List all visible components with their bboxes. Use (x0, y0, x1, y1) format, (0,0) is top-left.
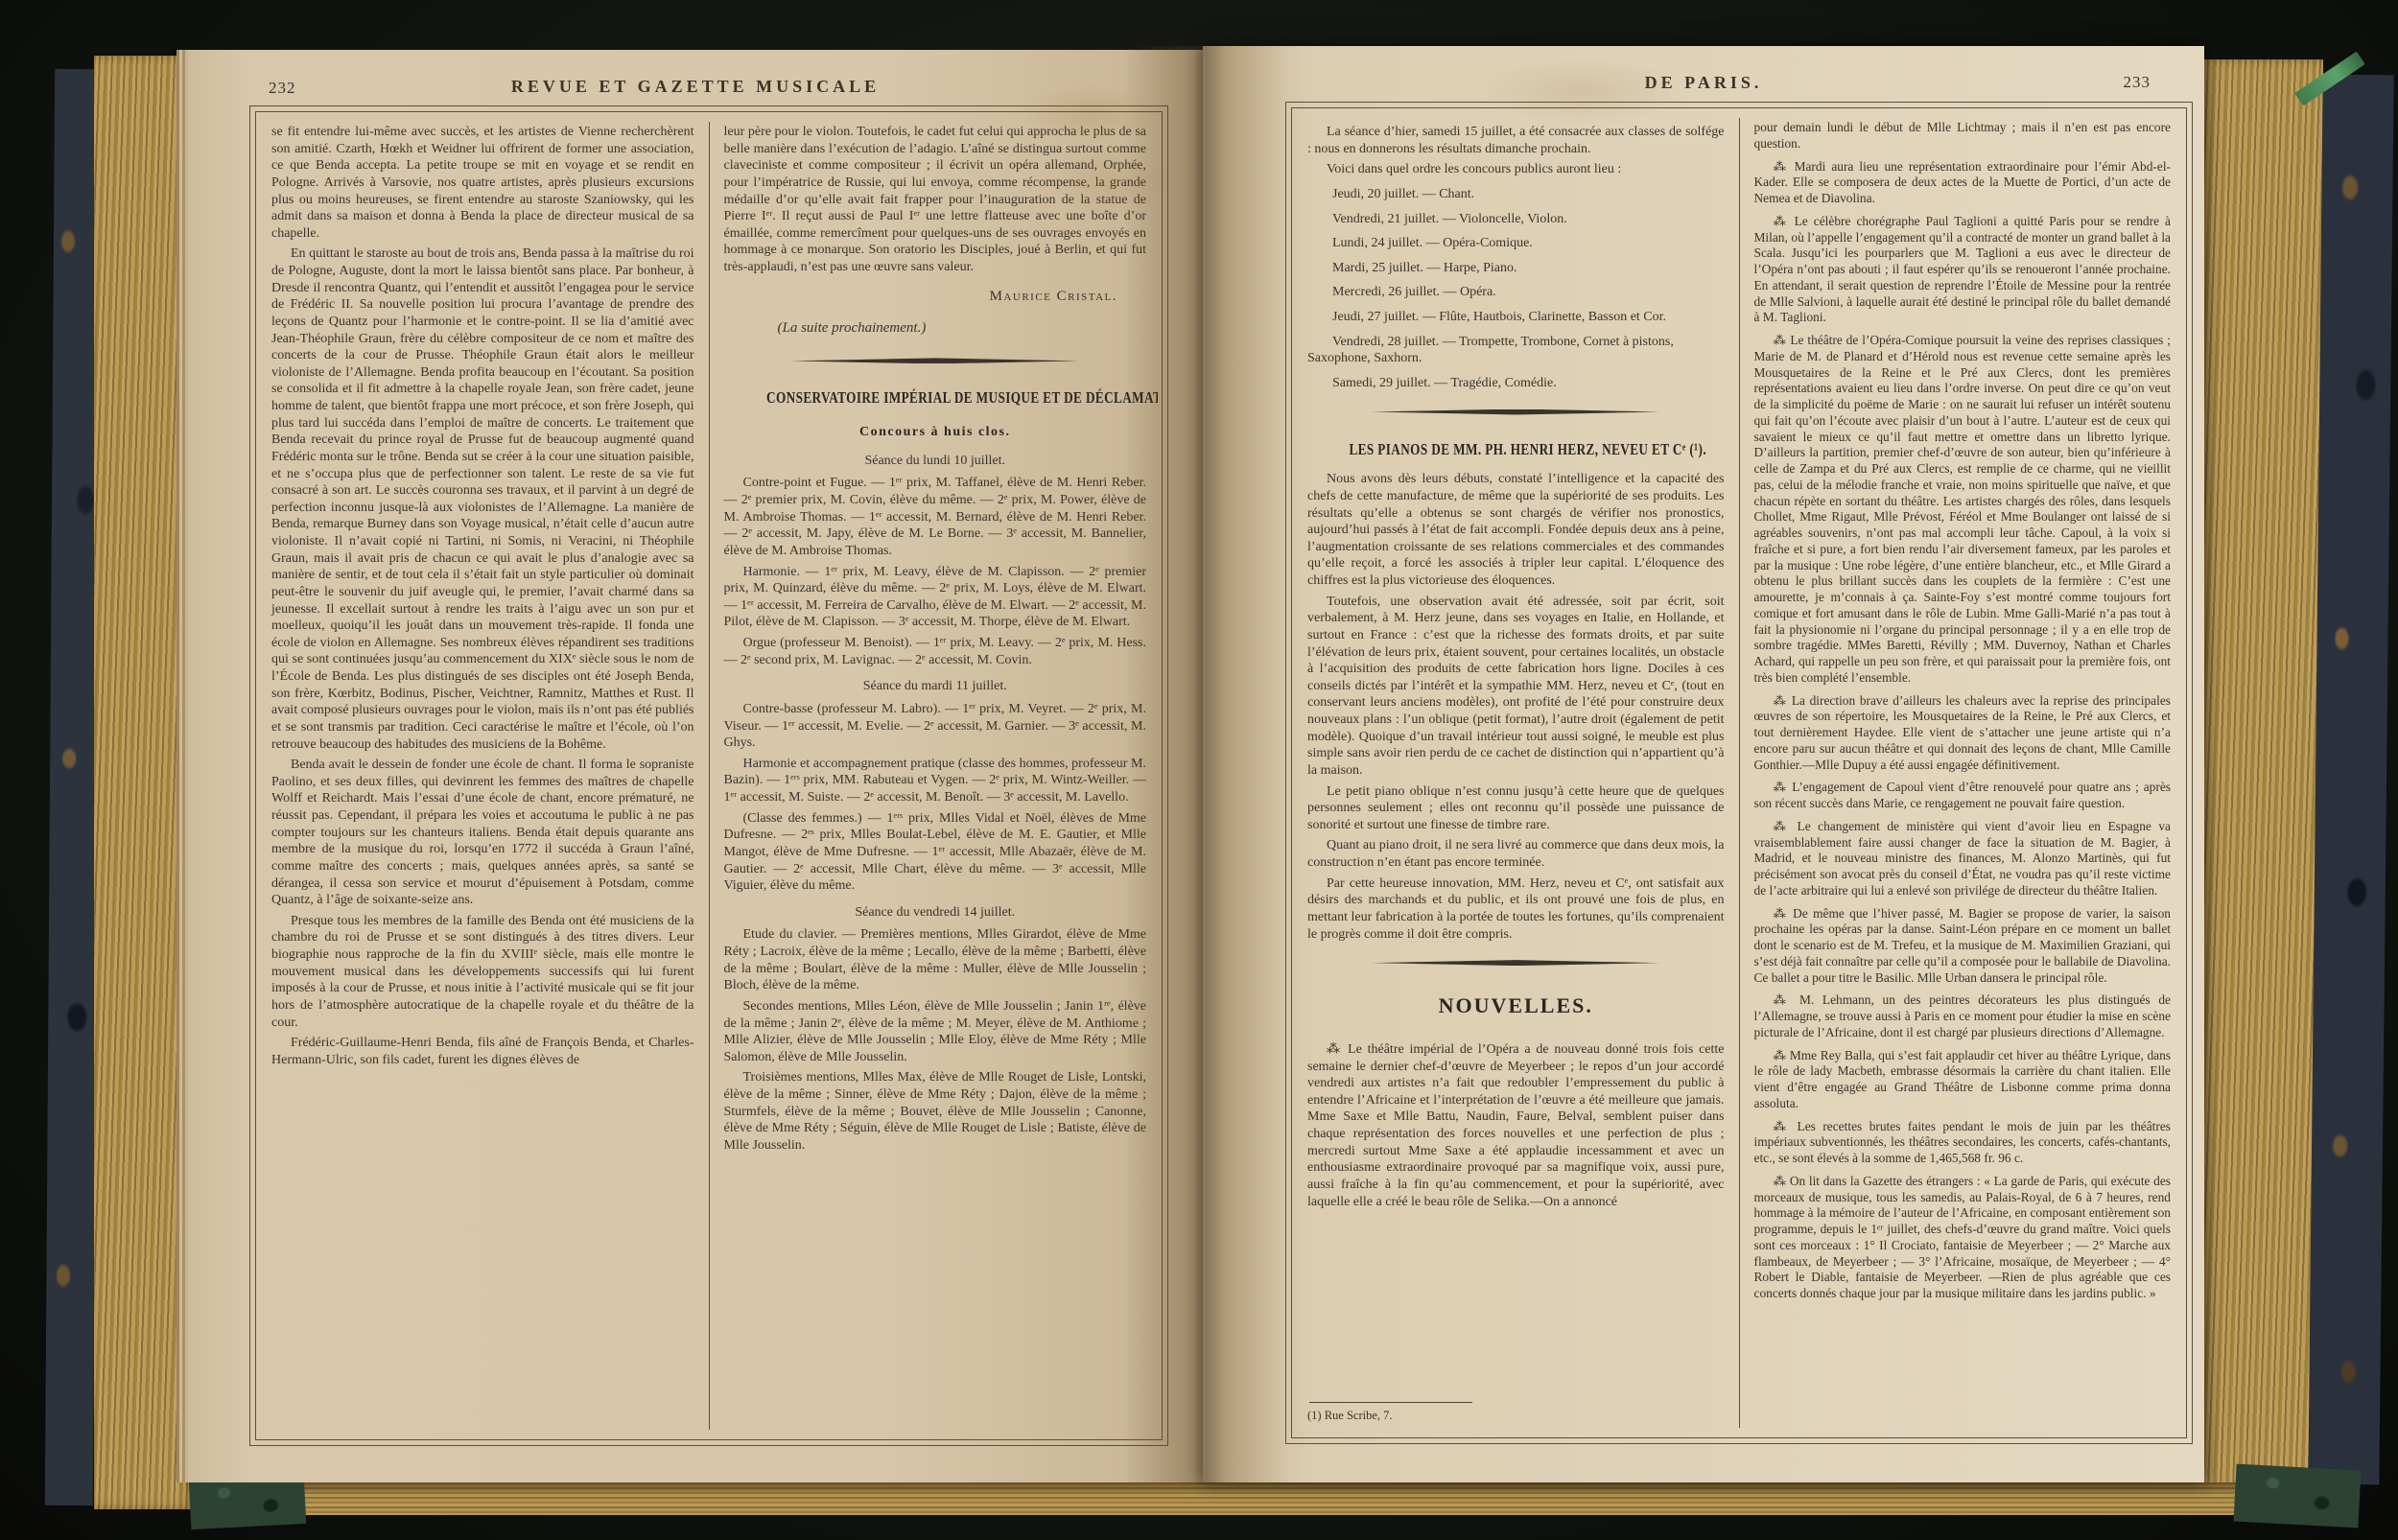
paragraph: Contre-basse (professeur M. Labro). — 1ᵉ… (724, 701, 1147, 752)
session-date: Séance du vendredi 14 juillet. (724, 904, 1147, 922)
cover-corner-bottom-right (2234, 1464, 2362, 1528)
paragraph: ⁂ Le changement de ministère qui vient d… (1754, 819, 2172, 899)
running-title: REVUE ET GAZETTE MUSICALE (188, 77, 1203, 97)
paragraph: Toutefois, une observation avait été adr… (1307, 594, 1725, 780)
right-column-2: pour demain lundi le début de Mlle Licht… (1743, 116, 2183, 1430)
column-rule (1739, 118, 1740, 1428)
paragraph: Lundi, 24 juillet. — Opéra-Comique. (1307, 235, 1725, 252)
paragraph: Jeudi, 27 juillet. — Flûte, Hautbois, Cl… (1307, 309, 1725, 326)
paragraph: Quant au piano droit, il ne sera livré a… (1307, 837, 1725, 871)
paragraph: Par cette heureuse innovation, MM. Herz,… (1307, 875, 1725, 944)
paragraph: leur père pour le violon. Toutefois, le … (724, 124, 1147, 276)
paragraph: Troisièmes mentions, Mlles Max, élève de… (724, 1069, 1147, 1154)
paragraph: Mardi, 25 juillet. — Harpe, Piano. (1307, 260, 1725, 277)
paragraph: Etude du clavier. — Premières mentions, … (724, 926, 1147, 994)
paragraph: Frédéric-Guillaume-Henri Benda, fils aîn… (271, 1035, 694, 1068)
paragraph: (La suite prochainement.) (778, 319, 1147, 338)
paragraph: En quittant le staroste au bout de trois… (271, 245, 694, 753)
section-divider (791, 358, 1079, 363)
paragraph: La séance d’hier, samedi 15 juillet, a é… (1307, 124, 1725, 157)
paragraph: Orgue (professeur M. Benoist). — 1ᵉʳ pri… (724, 635, 1147, 668)
left-column-2: leur père pour le violon. Toutefois, le … (713, 120, 1159, 1432)
paragraph: Samedi, 29 juillet. — Tragédie, Comédie. (1307, 375, 1725, 392)
session-date: Séance du mardi 11 juillet. (724, 678, 1147, 695)
page-number: 233 (2124, 73, 2151, 92)
paragraph: ⁂ Mardi aura lieu une représentation ext… (1754, 159, 2172, 207)
paragraph: Le petit piano oblique n’est connu jusqu… (1307, 783, 1725, 834)
paragraph: Presque tous les membres de la famille d… (271, 913, 694, 1031)
paragraph: ⁂ De même que l’hiver passé, M. Bagier s… (1754, 906, 2172, 987)
session-date: Séance du lundi 10 juillet. (724, 453, 1147, 470)
right-running-head: DE PARIS. 233 (1203, 73, 2204, 102)
right-text-frame: La séance d’hier, samedi 15 juillet, a é… (1285, 102, 2193, 1444)
running-title: DE PARIS. (1203, 73, 2204, 93)
author-signature: Maurice Cristal. (724, 288, 1147, 306)
page-stack-edge-left (94, 56, 194, 1509)
section-divider (1372, 960, 1659, 966)
paragraph: Jeudi, 20 juillet. — Chant. (1307, 186, 1725, 203)
book-cover-edge-right (2308, 75, 2393, 1485)
right-page: DE PARIS. 233 La séance d’hier, samedi 1… (1203, 46, 2204, 1482)
paragraph: Harmonie et accompagnement pratique (cla… (724, 756, 1147, 806)
paragraph: ⁂ L’engagement de Capoul vient d’être re… (1754, 780, 2172, 812)
section-heading: LES PIANOS DE MM. PH. HENRI HERZ, NEVEU … (1349, 440, 1682, 460)
footnote: (1) Rue Scribe, 7. (1307, 1396, 1725, 1424)
right-column-1: La séance d’hier, samedi 15 juillet, a é… (1296, 116, 1736, 1430)
paragraph: Vendredi, 28 juillet. — Trompette, Tromb… (1307, 334, 1725, 367)
page-stack-edge-bottom (197, 1482, 2321, 1515)
sub-heading: Concours à huis clos. (724, 424, 1147, 441)
column-rule (709, 122, 710, 1430)
left-running-head: 232 REVUE ET GAZETTE MUSICALE (188, 77, 1203, 105)
paragraph: se fit entendre lui-même avec succès, et… (271, 124, 694, 242)
paragraph: Benda avait le dessein de fonder une éco… (271, 757, 694, 909)
left-page: 232 REVUE ET GAZETTE MUSICALE se fit ent… (188, 50, 1203, 1482)
paragraph: ⁂ Les recettes brutes faites pendant le … (1754, 1119, 2172, 1167)
paragraph: ⁂ Le théâtre impérial de l’Opéra a de no… (1307, 1041, 1725, 1210)
page-stack-edge-right (2202, 59, 2323, 1504)
paragraph: ⁂ On lit dans la Gazette des étrangers :… (1754, 1174, 2172, 1302)
section-divider (1372, 409, 1659, 415)
left-text-frame: se fit entendre lui-même avec succès, et… (249, 105, 1168, 1446)
paragraph: Nous avons dès leurs débuts, constaté l’… (1307, 471, 1725, 589)
screenshot-root: { "colors":{ "background":"#161a13","pag… (0, 0, 2398, 1540)
right-frame-inner: La séance d’hier, samedi 15 juillet, a é… (1291, 107, 2187, 1438)
paragraph: ⁂ Mme Rey Balla, qui s’est fait applaudi… (1754, 1048, 2172, 1112)
paragraph: Harmonie. — 1ᵉʳ prix, M. Leavy, élève de… (724, 564, 1147, 632)
paragraph: pour demain lundi le début de Mlle Licht… (1754, 120, 2172, 152)
paragraph: (Classe des femmes.) — 1ᵉʳˢ prix, Mlles … (724, 810, 1147, 895)
paragraph: ⁂ La direction brave d’ailleurs les chal… (1754, 693, 2172, 774)
left-column-1: se fit entendre lui-même avec succès, et… (260, 120, 706, 1432)
paragraph: Contre-point et Fugue. — 1ᵉʳ prix, M. Ta… (724, 475, 1147, 559)
paragraph: Secondes mentions, Mlles Léon, élève de … (724, 998, 1147, 1066)
section-heading: NOUVELLES. (1307, 992, 1725, 1019)
section-heading: CONSERVATOIRE IMPÉRIAL DE MUSIQUE ET DE … (766, 388, 1104, 408)
paragraph: Vendredi, 21 juillet. — Violoncelle, Vio… (1307, 211, 1725, 228)
paragraph: Mercredi, 26 juillet. — Opéra. (1307, 284, 1725, 301)
paragraph: Voici dans quel ordre les concours publi… (1307, 161, 1725, 178)
paragraph: ⁂ Le célèbre chorégraphe Paul Taglioni a… (1754, 214, 2172, 326)
left-frame-inner: se fit entendre lui-même avec succès, et… (255, 111, 1163, 1440)
paragraph: ⁂ Le théâtre de l’Opéra-Comique poursuit… (1754, 333, 2172, 687)
paragraph: ⁂ M. Lehmann, un des peintres décorateur… (1754, 992, 2172, 1040)
